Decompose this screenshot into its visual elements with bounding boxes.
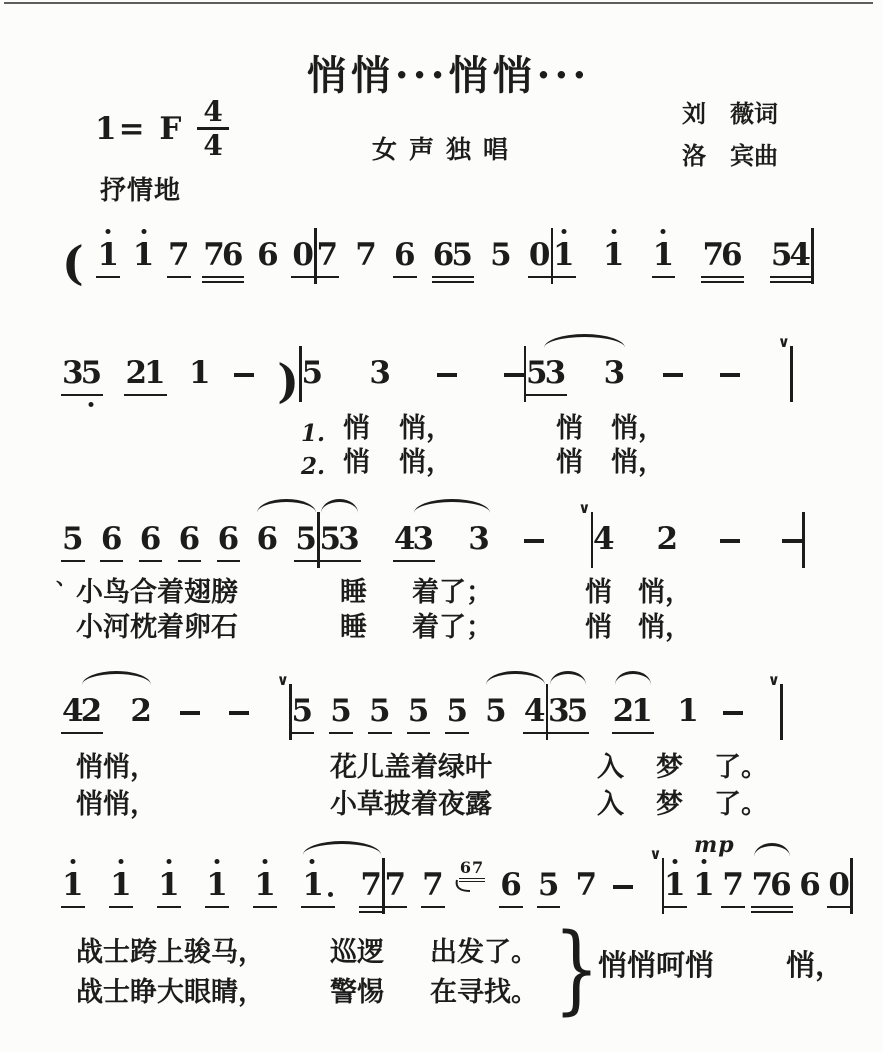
lyric-segment: 悄悄， xyxy=(76,790,157,820)
note-digits: 7 xyxy=(385,868,407,902)
note: 7 xyxy=(385,868,407,902)
measure: 533∨ xyxy=(526,346,790,390)
note-digits: 1 xyxy=(189,356,211,390)
breath-mark-glyph: ∨ xyxy=(768,673,780,688)
note: 5 xyxy=(446,694,468,728)
slur-arc xyxy=(82,671,151,685)
underline-beam xyxy=(827,906,851,909)
note: 1 xyxy=(553,238,575,272)
note-digits: 4 xyxy=(593,522,615,556)
note-digits: 35 xyxy=(548,694,588,728)
lyric-segment: 战士睁大眼睛， xyxy=(76,978,265,1008)
note-digits: 7 xyxy=(168,238,190,272)
underline-beam xyxy=(663,906,687,909)
note: 3 xyxy=(468,522,490,556)
note: 53 xyxy=(526,356,566,390)
note: 2 xyxy=(657,522,679,556)
note-digits: 4 xyxy=(524,694,546,728)
measure: (1177660 xyxy=(62,228,314,272)
octave-dot-high xyxy=(166,859,171,864)
note: 5 xyxy=(302,356,324,390)
note: 7 xyxy=(360,868,382,902)
measure: 53 xyxy=(302,346,524,390)
dash-mark xyxy=(180,711,200,715)
octave-dot-low xyxy=(88,402,93,407)
underline-beam xyxy=(612,732,654,735)
duration-dash xyxy=(720,539,740,556)
duration-dash xyxy=(723,711,743,728)
note: 21 xyxy=(613,694,653,728)
measure: 35211∨ xyxy=(548,684,780,728)
octave-dot-high xyxy=(118,859,123,864)
note-digits: 5 xyxy=(62,522,84,556)
breath-mark-glyph: ∨ xyxy=(649,847,661,862)
underline-beam xyxy=(178,560,202,563)
music-line: (117766077665501117654 xyxy=(62,228,814,272)
note-digits: 7 xyxy=(360,868,382,902)
note-digits: 53 xyxy=(526,356,566,390)
dash-mark xyxy=(229,711,249,715)
slur-arc xyxy=(414,499,490,513)
barline xyxy=(780,684,783,740)
lyric-segment: 入 xyxy=(597,753,624,783)
note-digits: 5 xyxy=(292,694,314,728)
duration-dash xyxy=(229,711,249,728)
note: 5 xyxy=(62,522,84,556)
breath-mark-glyph: ∨ xyxy=(778,335,790,350)
measure: 1177660 xyxy=(664,858,850,902)
note: 76 xyxy=(203,238,243,272)
underline-beam xyxy=(291,276,315,279)
note: 1 xyxy=(653,238,675,272)
duration-dash xyxy=(782,539,802,556)
underline-beam xyxy=(139,560,163,563)
note: 4 xyxy=(593,522,615,556)
note: 1 xyxy=(603,238,625,272)
note-digits: 5 xyxy=(302,356,324,390)
duration-dash xyxy=(234,373,254,390)
note-digits: 76 xyxy=(702,238,742,272)
note: 7 xyxy=(422,868,444,902)
lyric-segment: 着了； xyxy=(412,613,493,643)
underline-beam xyxy=(770,281,812,284)
note-digits: 7 xyxy=(576,868,598,902)
note: 6 xyxy=(799,868,821,902)
breath-mark: ∨ xyxy=(578,501,590,556)
note: 35 xyxy=(548,694,588,728)
slur-arc xyxy=(303,841,381,855)
underline-beam xyxy=(217,560,241,563)
lyric-segment: 了。 xyxy=(714,753,768,783)
note-digits: 5 xyxy=(446,694,468,728)
slur-arc xyxy=(321,499,358,513)
note: 54 xyxy=(771,238,811,272)
dash-mark xyxy=(524,539,544,543)
measure: 7767657∨ xyxy=(385,858,662,902)
underline-beam xyxy=(202,281,244,284)
note: 3 xyxy=(369,356,391,390)
breath-mark-glyph: ∨ xyxy=(578,501,590,516)
underline-beam xyxy=(528,276,552,279)
lyric-segment: 悄， xyxy=(399,414,453,444)
note-digits: 5 xyxy=(490,238,512,272)
note: 42 xyxy=(62,694,102,728)
note: 7 xyxy=(317,238,339,272)
note: 4 xyxy=(524,694,546,728)
note: 1 xyxy=(677,694,699,728)
note-digits: 6 xyxy=(799,868,821,902)
lyric-segment: 悄 xyxy=(585,578,612,608)
underline-beam xyxy=(552,276,576,279)
music-line: 422∨555555435211∨ xyxy=(62,684,783,728)
duration-dash xyxy=(437,373,457,390)
note: 1 xyxy=(693,868,715,902)
measure: 5666665 xyxy=(62,512,317,556)
underline-beam xyxy=(100,560,124,563)
lyric-segment: 在寻找。 xyxy=(430,978,538,1008)
lyric-segment: 着了； xyxy=(412,578,493,608)
note: 7 xyxy=(722,868,744,902)
note: 5 xyxy=(330,694,352,728)
barline xyxy=(790,346,793,402)
dash-mark xyxy=(723,711,743,715)
breath-mark: ∨ xyxy=(768,673,780,728)
note: 1 xyxy=(97,238,119,272)
music-line: 35211)53533∨ xyxy=(62,346,793,390)
duration-dash xyxy=(504,373,524,390)
note-digits: 5 xyxy=(538,868,560,902)
underline-beam xyxy=(167,276,191,279)
note: 1 xyxy=(62,868,84,902)
note: 0 xyxy=(828,868,850,902)
underline-beam xyxy=(547,732,589,735)
augmentation-dot xyxy=(328,892,333,897)
lyric-segment: 了。 xyxy=(714,790,768,820)
lyric-segment: 花儿盖着绿叶 xyxy=(330,753,492,783)
note-digits: 1 xyxy=(302,868,324,902)
breath-mark: ∨ xyxy=(778,335,790,390)
slur-arc xyxy=(257,499,316,513)
note-digits: 5 xyxy=(408,694,430,728)
underline-beam xyxy=(329,732,353,735)
underline-beam xyxy=(751,906,793,909)
note-digits: 6 xyxy=(179,522,201,556)
measure: 42 xyxy=(593,512,802,556)
note-digits: 3 xyxy=(468,522,490,556)
octave-dot-high xyxy=(611,229,616,234)
note-digits: 7 xyxy=(722,868,744,902)
lyric-brace: } xyxy=(554,928,600,1010)
breath-mark: ∨ xyxy=(277,673,289,728)
slur-arc xyxy=(615,671,652,685)
score: (11776607766550111765435211)53533∨566666… xyxy=(0,0,883,1052)
note: 6 xyxy=(218,522,240,556)
note-digits: 2 xyxy=(657,522,679,556)
lyric-segment: 1. xyxy=(301,419,325,449)
note-digits: 21 xyxy=(125,356,165,390)
slur-arc xyxy=(544,334,625,348)
octave-dot-high xyxy=(70,859,75,864)
note: 6 xyxy=(179,522,201,556)
underline-beam xyxy=(368,732,392,735)
underline-beam xyxy=(316,276,340,279)
lyric-segment: 悄 xyxy=(343,414,370,444)
octave-dot-high xyxy=(561,229,566,234)
note-digits: 1 xyxy=(97,238,119,272)
underline-beam xyxy=(652,276,676,279)
note: 1 xyxy=(158,868,180,902)
underline-beam xyxy=(445,732,469,735)
lyric-segment: 悄 xyxy=(343,448,370,478)
note-digits: 1 xyxy=(677,694,699,728)
note: 6 xyxy=(101,522,123,556)
note: 1 xyxy=(206,868,228,902)
lyric-segment: 睡 xyxy=(340,578,367,608)
note-digits: 5 xyxy=(330,694,352,728)
note: 1 xyxy=(133,238,155,272)
lyric-segment: 悄， xyxy=(786,950,844,980)
dash-mark xyxy=(720,539,740,543)
note-digits: 5 xyxy=(295,522,317,556)
note-digits: 2 xyxy=(130,694,152,728)
measure: 7766550 xyxy=(317,228,551,272)
lyric-segment: 悄， xyxy=(611,414,665,444)
underline-beam xyxy=(499,906,523,909)
note: 2 xyxy=(130,694,152,728)
measure: 422∨ xyxy=(62,684,289,728)
note-digits: 1 xyxy=(603,238,625,272)
underline-beam xyxy=(701,281,743,284)
note: 35 xyxy=(62,356,102,390)
lyric-segment: 睡 xyxy=(340,613,367,643)
note-digits: 1 xyxy=(62,868,84,902)
note-digits: 6 xyxy=(101,522,123,556)
octave-dot-high xyxy=(263,859,268,864)
parenthesis: ) xyxy=(277,360,299,390)
note-digits: 53 xyxy=(320,522,360,556)
underline-beam xyxy=(432,276,474,279)
note-digits: 54 xyxy=(771,238,811,272)
underline-beam xyxy=(701,276,743,279)
underline-beam xyxy=(407,732,431,735)
underline-beam xyxy=(319,560,361,563)
slur-arc xyxy=(486,671,544,685)
underline-beam xyxy=(393,276,417,279)
note-digits: 35 xyxy=(62,356,102,390)
lyric-segment: 入 xyxy=(597,790,624,820)
underline-beam xyxy=(61,906,85,909)
note-digits: 1 xyxy=(553,238,575,272)
note-digits: 7 xyxy=(355,238,377,272)
note: 1 xyxy=(189,356,211,390)
octave-dot-high xyxy=(661,229,666,234)
measure: 35211) xyxy=(62,346,299,390)
underline-beam xyxy=(432,281,474,284)
note-digits: 43 xyxy=(394,522,434,556)
note-digits: 1 xyxy=(206,868,228,902)
underline-beam xyxy=(770,276,812,279)
note-digits: 6 xyxy=(140,522,162,556)
note-digits: 6 xyxy=(394,238,416,272)
note: 53 xyxy=(320,522,360,556)
underline-beam xyxy=(61,732,103,735)
note: 76 xyxy=(752,868,792,902)
octave-dot-high xyxy=(214,859,219,864)
note: 1 xyxy=(110,868,132,902)
note: 65 xyxy=(433,238,473,272)
barline xyxy=(802,512,805,568)
note: 6 xyxy=(394,238,416,272)
note-digits: 3 xyxy=(604,356,626,390)
dash-mark xyxy=(234,373,254,377)
breath-mark: ∨ xyxy=(649,847,661,902)
duration-dash xyxy=(613,885,633,902)
lyric-segment: 悄， xyxy=(399,448,453,478)
music-line: 11111177767657∨1177660 xyxy=(62,858,853,902)
underline-beam xyxy=(96,276,120,279)
underline-beam xyxy=(393,560,435,563)
note-digits: 1 xyxy=(653,238,675,272)
measure: 1111117 xyxy=(62,858,382,902)
note: 3 xyxy=(604,356,626,390)
lyric-segment: 悄 xyxy=(556,448,583,478)
note: 5 xyxy=(538,868,560,902)
note-digits: 6 xyxy=(500,868,522,902)
breath-mark-glyph: ∨ xyxy=(277,673,289,688)
lyric-segment: 悄， xyxy=(638,613,692,643)
note-digits: 1 xyxy=(133,238,155,272)
underline-beam xyxy=(253,906,277,909)
underline-beam xyxy=(421,906,445,909)
underline-beam xyxy=(537,906,561,909)
underline-beam xyxy=(751,911,793,914)
note-digits: 7 xyxy=(317,238,339,272)
note: 7 xyxy=(576,868,598,902)
underline-beam xyxy=(301,906,335,909)
underline-beam xyxy=(384,906,408,909)
lyric-segment: 悄， xyxy=(611,448,665,478)
measure: 5555554 xyxy=(292,684,546,728)
lyric-segment: 悄悄， xyxy=(76,753,157,783)
octave-dot-high xyxy=(106,229,111,234)
underline-beam xyxy=(359,906,383,909)
duration-dash xyxy=(180,711,200,728)
lyric-segment: 、 xyxy=(56,562,76,592)
dash-mark xyxy=(720,373,740,377)
note: 5 xyxy=(295,522,317,556)
note: 5 xyxy=(485,694,507,728)
note: 5 xyxy=(408,694,430,728)
note-digits: 3 xyxy=(369,356,391,390)
note-digits: 0 xyxy=(529,238,551,272)
slur-arc xyxy=(550,671,587,685)
note-digits: 7 xyxy=(422,868,444,902)
note: 0 xyxy=(529,238,551,272)
note: 1 xyxy=(302,868,334,902)
dash-mark xyxy=(613,885,633,889)
octave-dot-high xyxy=(141,229,146,234)
note: 76 xyxy=(702,238,742,272)
note-digits: 76 xyxy=(752,868,792,902)
note: 7 xyxy=(355,238,377,272)
note: 5 xyxy=(490,238,512,272)
dash-mark xyxy=(437,373,457,377)
note: 1 xyxy=(254,868,276,902)
lyric-segment: 悄悄呵悄 xyxy=(598,950,714,980)
note-digits: 65 xyxy=(433,238,473,272)
lyric-segment: 出发了。 xyxy=(430,938,538,968)
note-digits: 6 xyxy=(256,522,278,556)
underline-beam xyxy=(291,732,315,735)
note-digits: 1 xyxy=(664,868,686,902)
underline-beam xyxy=(202,276,244,279)
note: 5 xyxy=(292,694,314,728)
underline-beam xyxy=(525,394,567,397)
note-digits: 0 xyxy=(828,868,850,902)
grace-slur-hook xyxy=(454,879,472,893)
lyric-segment: 悄 xyxy=(585,613,612,643)
underline-beam xyxy=(157,906,181,909)
dash-mark xyxy=(782,539,802,543)
note-digits: 0 xyxy=(292,238,314,272)
underline-beam xyxy=(205,906,229,909)
note-digits: 76 xyxy=(203,238,243,272)
note-digits: 1 xyxy=(254,868,276,902)
lyric-segment: 悄， xyxy=(638,578,692,608)
note-digits: 1 xyxy=(158,868,180,902)
note: 43 xyxy=(394,522,434,556)
octave-dot-high xyxy=(310,859,315,864)
underline-beam xyxy=(109,906,133,909)
underline-beam xyxy=(61,394,103,397)
note-digits: 42 xyxy=(62,694,102,728)
lyric-segment: 2. xyxy=(301,452,325,482)
parenthesis-glyph: ) xyxy=(277,366,299,396)
measure: 53433∨ xyxy=(320,512,591,556)
duration-dash xyxy=(663,373,683,390)
note-digits: 6 xyxy=(218,522,240,556)
grace-notes: 67 xyxy=(460,860,484,876)
music-line: 566666553433∨42 xyxy=(62,512,805,556)
note-digits: 5 xyxy=(369,694,391,728)
slur-arc xyxy=(754,843,791,857)
underline-beam xyxy=(721,906,745,909)
note: 6 xyxy=(500,868,522,902)
octave-dot-high xyxy=(701,859,706,864)
note: 1 xyxy=(664,868,686,902)
lyric-segment: 战士跨上骏马， xyxy=(76,938,265,968)
parenthesis: ( xyxy=(62,242,84,272)
lyric-segment: 警惕 xyxy=(330,978,384,1008)
measure: 1117654 xyxy=(553,228,811,272)
note-digits: 1 xyxy=(693,868,715,902)
lyric-segment: 小河枕着卵石 xyxy=(76,613,238,643)
dash-mark xyxy=(663,373,683,377)
note: 6 xyxy=(140,522,162,556)
underline-beam xyxy=(294,560,318,563)
underline-beam xyxy=(523,732,547,735)
underline-beam xyxy=(359,911,383,914)
note-digits: 1 xyxy=(110,868,132,902)
underline-beam xyxy=(124,394,166,397)
note: 21 xyxy=(125,356,165,390)
note: 5 xyxy=(369,694,391,728)
grace-note-digits: 67 xyxy=(460,860,484,876)
lyric-segment: 梦 xyxy=(656,753,683,783)
note-digits: 6 xyxy=(257,238,279,272)
note: 6 xyxy=(256,522,278,556)
note-digits: 21 xyxy=(613,694,653,728)
